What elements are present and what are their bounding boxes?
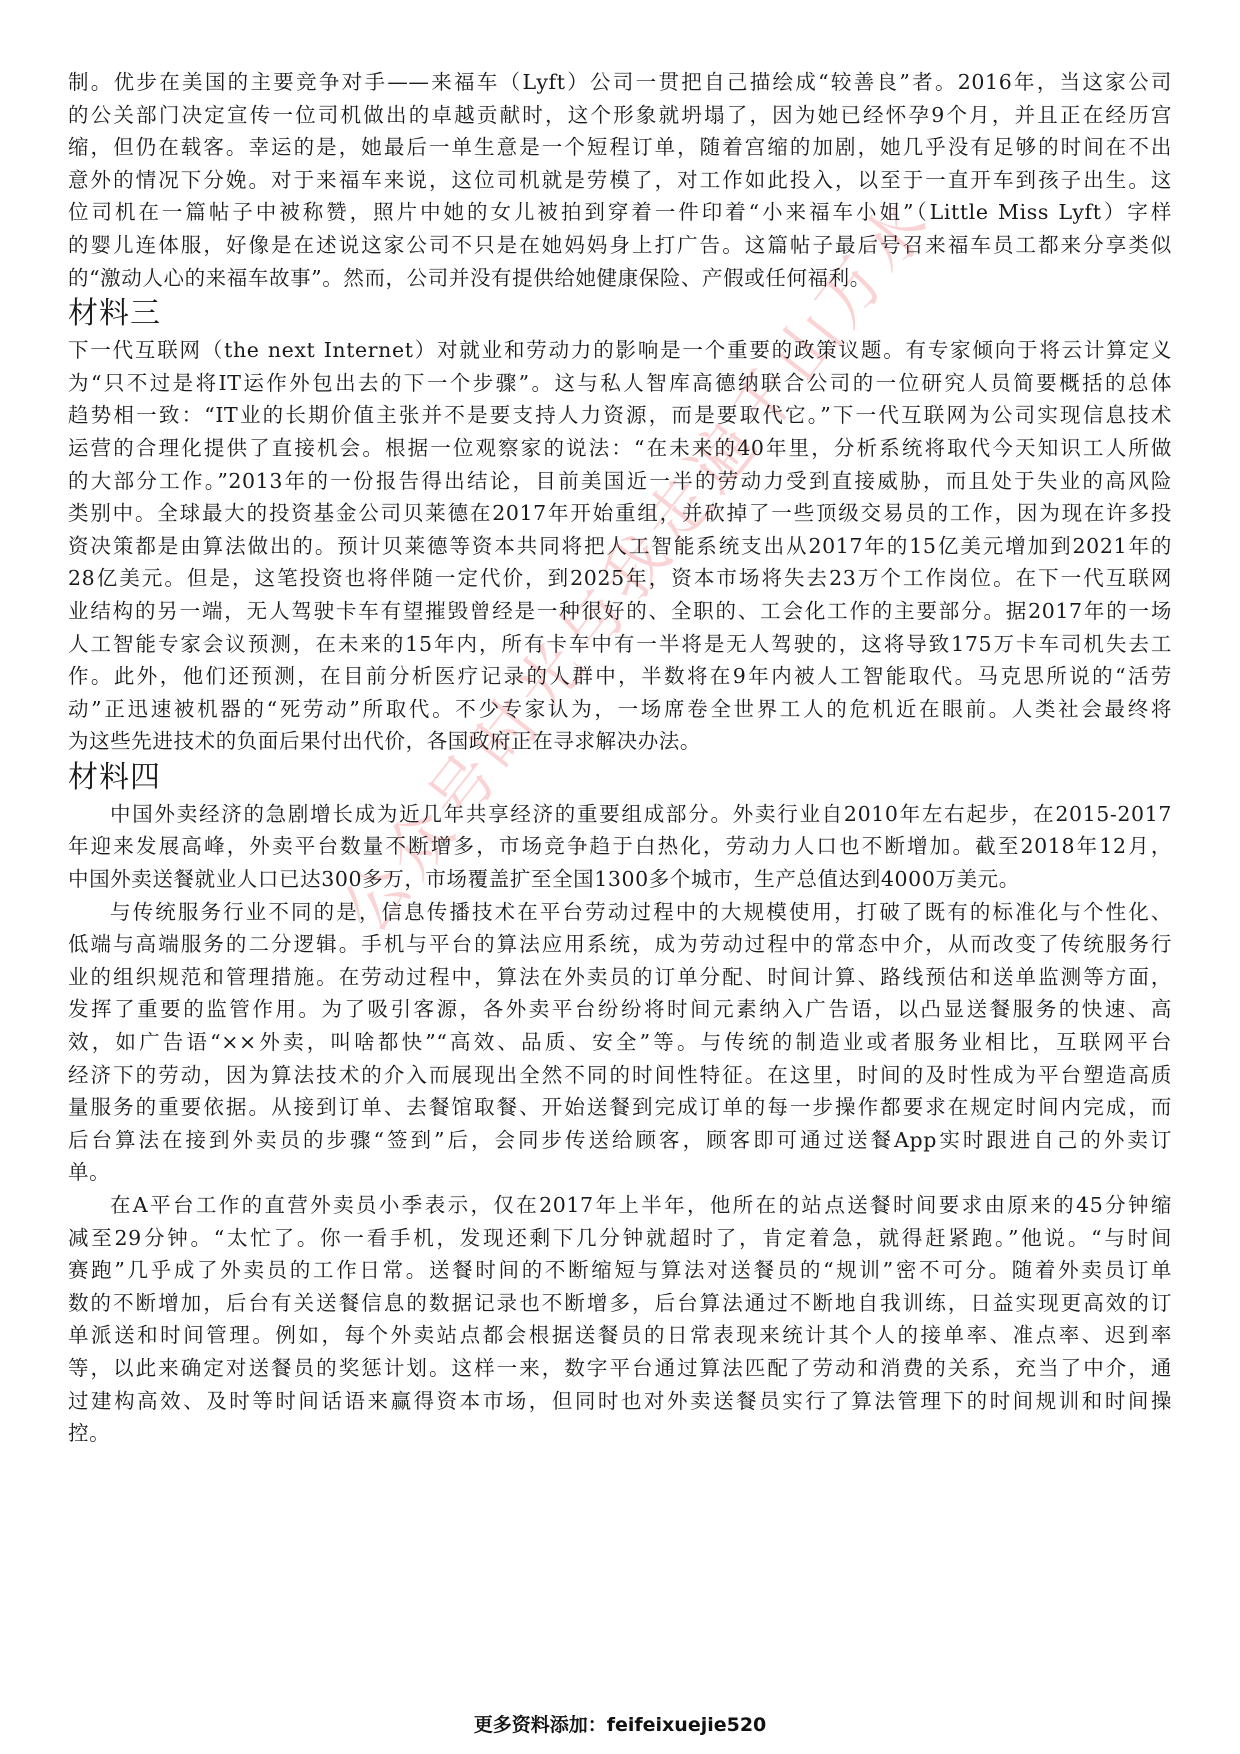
text-line: 等，以此来确定对送餐员的奖惩计划。这样一来，数字平台通过算法匹配了劳动和消费的关…: [68, 1352, 1172, 1385]
text-line: 位司机在一篇帖子中被称赞，照片中她的女儿被拍到穿着一件印着“小来福车小姐”（Li…: [68, 196, 1172, 229]
section-heading-4: 材料四: [68, 758, 1172, 798]
paragraph: 在A平台工作的直营外卖员小季表示，仅在2017年上半年，他所在的站点送餐时间要求…: [68, 1189, 1172, 1450]
text-line: 单派送和时间管理。例如，每个外卖站点都会根据送餐员的日常表现来统计其个人的接单率…: [68, 1319, 1172, 1352]
section-3-body: 下一代互联网（the next Internet）对就业和劳动力的影响是一个重要…: [68, 334, 1172, 758]
text-line: 中国外卖送餐就业人口已达300多万，市场覆盖扩至全国1300多个城市，生产总值达…: [68, 863, 1172, 896]
text-line: 单。: [68, 1156, 1172, 1189]
text-line: 后台算法在接到外卖员的步骤“签到”后，会同步传送给顾客，顾客即可通过送餐App实…: [68, 1124, 1172, 1157]
text-line: 的婴儿连体服，好像是在述说这家公司不只是在她妈妈身上打广告。这篇帖子最后号召来福…: [68, 229, 1172, 262]
text-line: 制。优步在美国的主要竞争对手——来福车（Lyft）公司一贯把自己描绘成“较善良”…: [68, 66, 1172, 99]
text-line: 年迎来发展高峰，外卖平台数量不断增多，市场竞争趋于白热化，劳动力人口也不断增加。…: [68, 830, 1172, 863]
document-page: 制。优步在美国的主要竞争对手——来福车（Lyft）公司一贯把自己描绘成“较善良”…: [68, 66, 1172, 1450]
text-line: 的公关部门决定宣传一位司机做出的卓越贡献时，这个形象就坍塌了，因为她已经怀孕9个…: [68, 99, 1172, 132]
text-line: 为“只不过是将IT运作外包出去的下一个步骤”。这与私人智库高德纳联合公司的一位研…: [68, 367, 1172, 400]
text-line: 低端与高端服务的二分逻辑。手机与平台的算法应用系统，成为劳动过程中的常态中介，从…: [68, 928, 1172, 961]
text-line: 发挥了重要的监管作用。为了吸引客源，各外卖平台纷纷将时间元素纳入广告语，以凸显送…: [68, 993, 1172, 1026]
text-line: 业结构的另一端，无人驾驶卡车有望摧毁曾经是一种很好的、全职的、工会化工作的主要部…: [68, 595, 1172, 628]
text-line: 在A平台工作的直营外卖员小季表示，仅在2017年上半年，他所在的站点送餐时间要求…: [68, 1189, 1172, 1222]
text-line: 业的组织规范和管理措施。在劳动过程中，算法在外卖员的订单分配、时间计算、路线预估…: [68, 961, 1172, 994]
section-2-tail: 制。优步在美国的主要竞争对手——来福车（Lyft）公司一贯把自己描绘成“较善良”…: [68, 66, 1172, 294]
text-line: 动”正迅速被机器的“死劳动”所取代。不少专家认为，一场席卷全世界工人的危机近在眼…: [68, 693, 1172, 726]
text-line: 与传统服务行业不同的是，信息传播技术在平台劳动过程中的大规模使用，打破了既有的标…: [68, 896, 1172, 929]
text-line: 下一代互联网（the next Internet）对就业和劳动力的影响是一个重要…: [68, 334, 1172, 367]
paragraph: 与传统服务行业不同的是，信息传播技术在平台劳动过程中的大规模使用，打破了既有的标…: [68, 896, 1172, 1189]
text-line: 量服务的重要依据。从接到订单、去餐馆取餐、开始送餐到完成订单的每一步操作都要求在…: [68, 1091, 1172, 1124]
text-line: 资决策都是由算法做出的。预计贝莱德等资本共同将把人工智能系统支出从2017年的1…: [68, 530, 1172, 563]
footer-contact: 更多资料添加：feifeixuejie520: [0, 1710, 1240, 1737]
text-line: 作。此外，他们还预测，在目前分析医疗记录的人群中，半数将在9年内被人工智能取代。…: [68, 660, 1172, 693]
section-4-body: 中国外卖经济的急剧增长成为近几年共享经济的重要组成部分。外卖行业自2010年左右…: [68, 798, 1172, 1450]
text-line: 中国外卖经济的急剧增长成为近几年共享经济的重要组成部分。外卖行业自2010年左右…: [68, 798, 1172, 831]
text-line: 的大部分工作。”2013年的一份报告得出结论，目前美国近一半的劳动力受到直接威胁…: [68, 465, 1172, 498]
text-line: 控。: [68, 1417, 1172, 1450]
text-line: 过建构高效、及时等时间话语来赢得资本市场，但同时也对外卖送餐员实行了算法管理下的…: [68, 1385, 1172, 1418]
text-line: 类别中。全球最大的投资基金公司贝莱德在2017年开始重组，并砍掉了一些顶级交易员…: [68, 497, 1172, 530]
text-line: 效，如广告语“××外卖，叫啥都快”“高效、品质、安全”等。与传统的制造业或者服务…: [68, 1026, 1172, 1059]
section-heading-3: 材料三: [68, 294, 1172, 334]
text-line: 减至29分钟。“太忙了。你一看手机，发现还剩下几分钟就超时了，肯定着急，就得赶紧…: [68, 1222, 1172, 1255]
text-line: 运营的合理化提供了直接机会。根据一位观察家的说法：“在未来的40年里，分析系统将…: [68, 432, 1172, 465]
text-line: 经济下的劳动，因为算法技术的介入而展现出全然不同的时间性特征。在这里，时间的及时…: [68, 1059, 1172, 1092]
text-line: 人工智能专家会议预测，在未来的15年内，所有卡车中有一半将是无人驾驶的，这将导致…: [68, 628, 1172, 661]
text-line: 数的不断增加，后台有关送餐信息的数据记录也不断增多，后台算法通过不断地自我训练，…: [68, 1287, 1172, 1320]
text-line: 趋势相一致：“IT业的长期价值主张并不是要支持人力资源，而是要取代它。”下一代互…: [68, 399, 1172, 432]
text-line: 为这些先进技术的负面后果付出代价，各国政府正在寻求解决办法。: [68, 725, 1172, 758]
paragraph: 中国外卖经济的急剧增长成为近几年共享经济的重要组成部分。外卖行业自2010年左右…: [68, 798, 1172, 896]
text-line: 赛跑”几乎成了外卖员的工作日常。送餐时间的不断缩短与算法对送餐员的“规训”密不可…: [68, 1254, 1172, 1287]
text-line: 缩，但仍在载客。幸运的是，她最后一单生意是一个短程订单，随着宫缩的加剧，她几乎没…: [68, 131, 1172, 164]
text-line: 的“激动人心的来福车故事”。然而，公司并没有提供给她健康保险、产假或任何福利。: [68, 262, 1172, 295]
text-line: 28亿美元。但是，这笔投资也将伴随一定代价，到2025年，资本市场将失去23万个…: [68, 562, 1172, 595]
text-line: 意外的情况下分娩。对于来福车来说，这位司机就是劳模了，对工作如此投入，以至于一直…: [68, 164, 1172, 197]
